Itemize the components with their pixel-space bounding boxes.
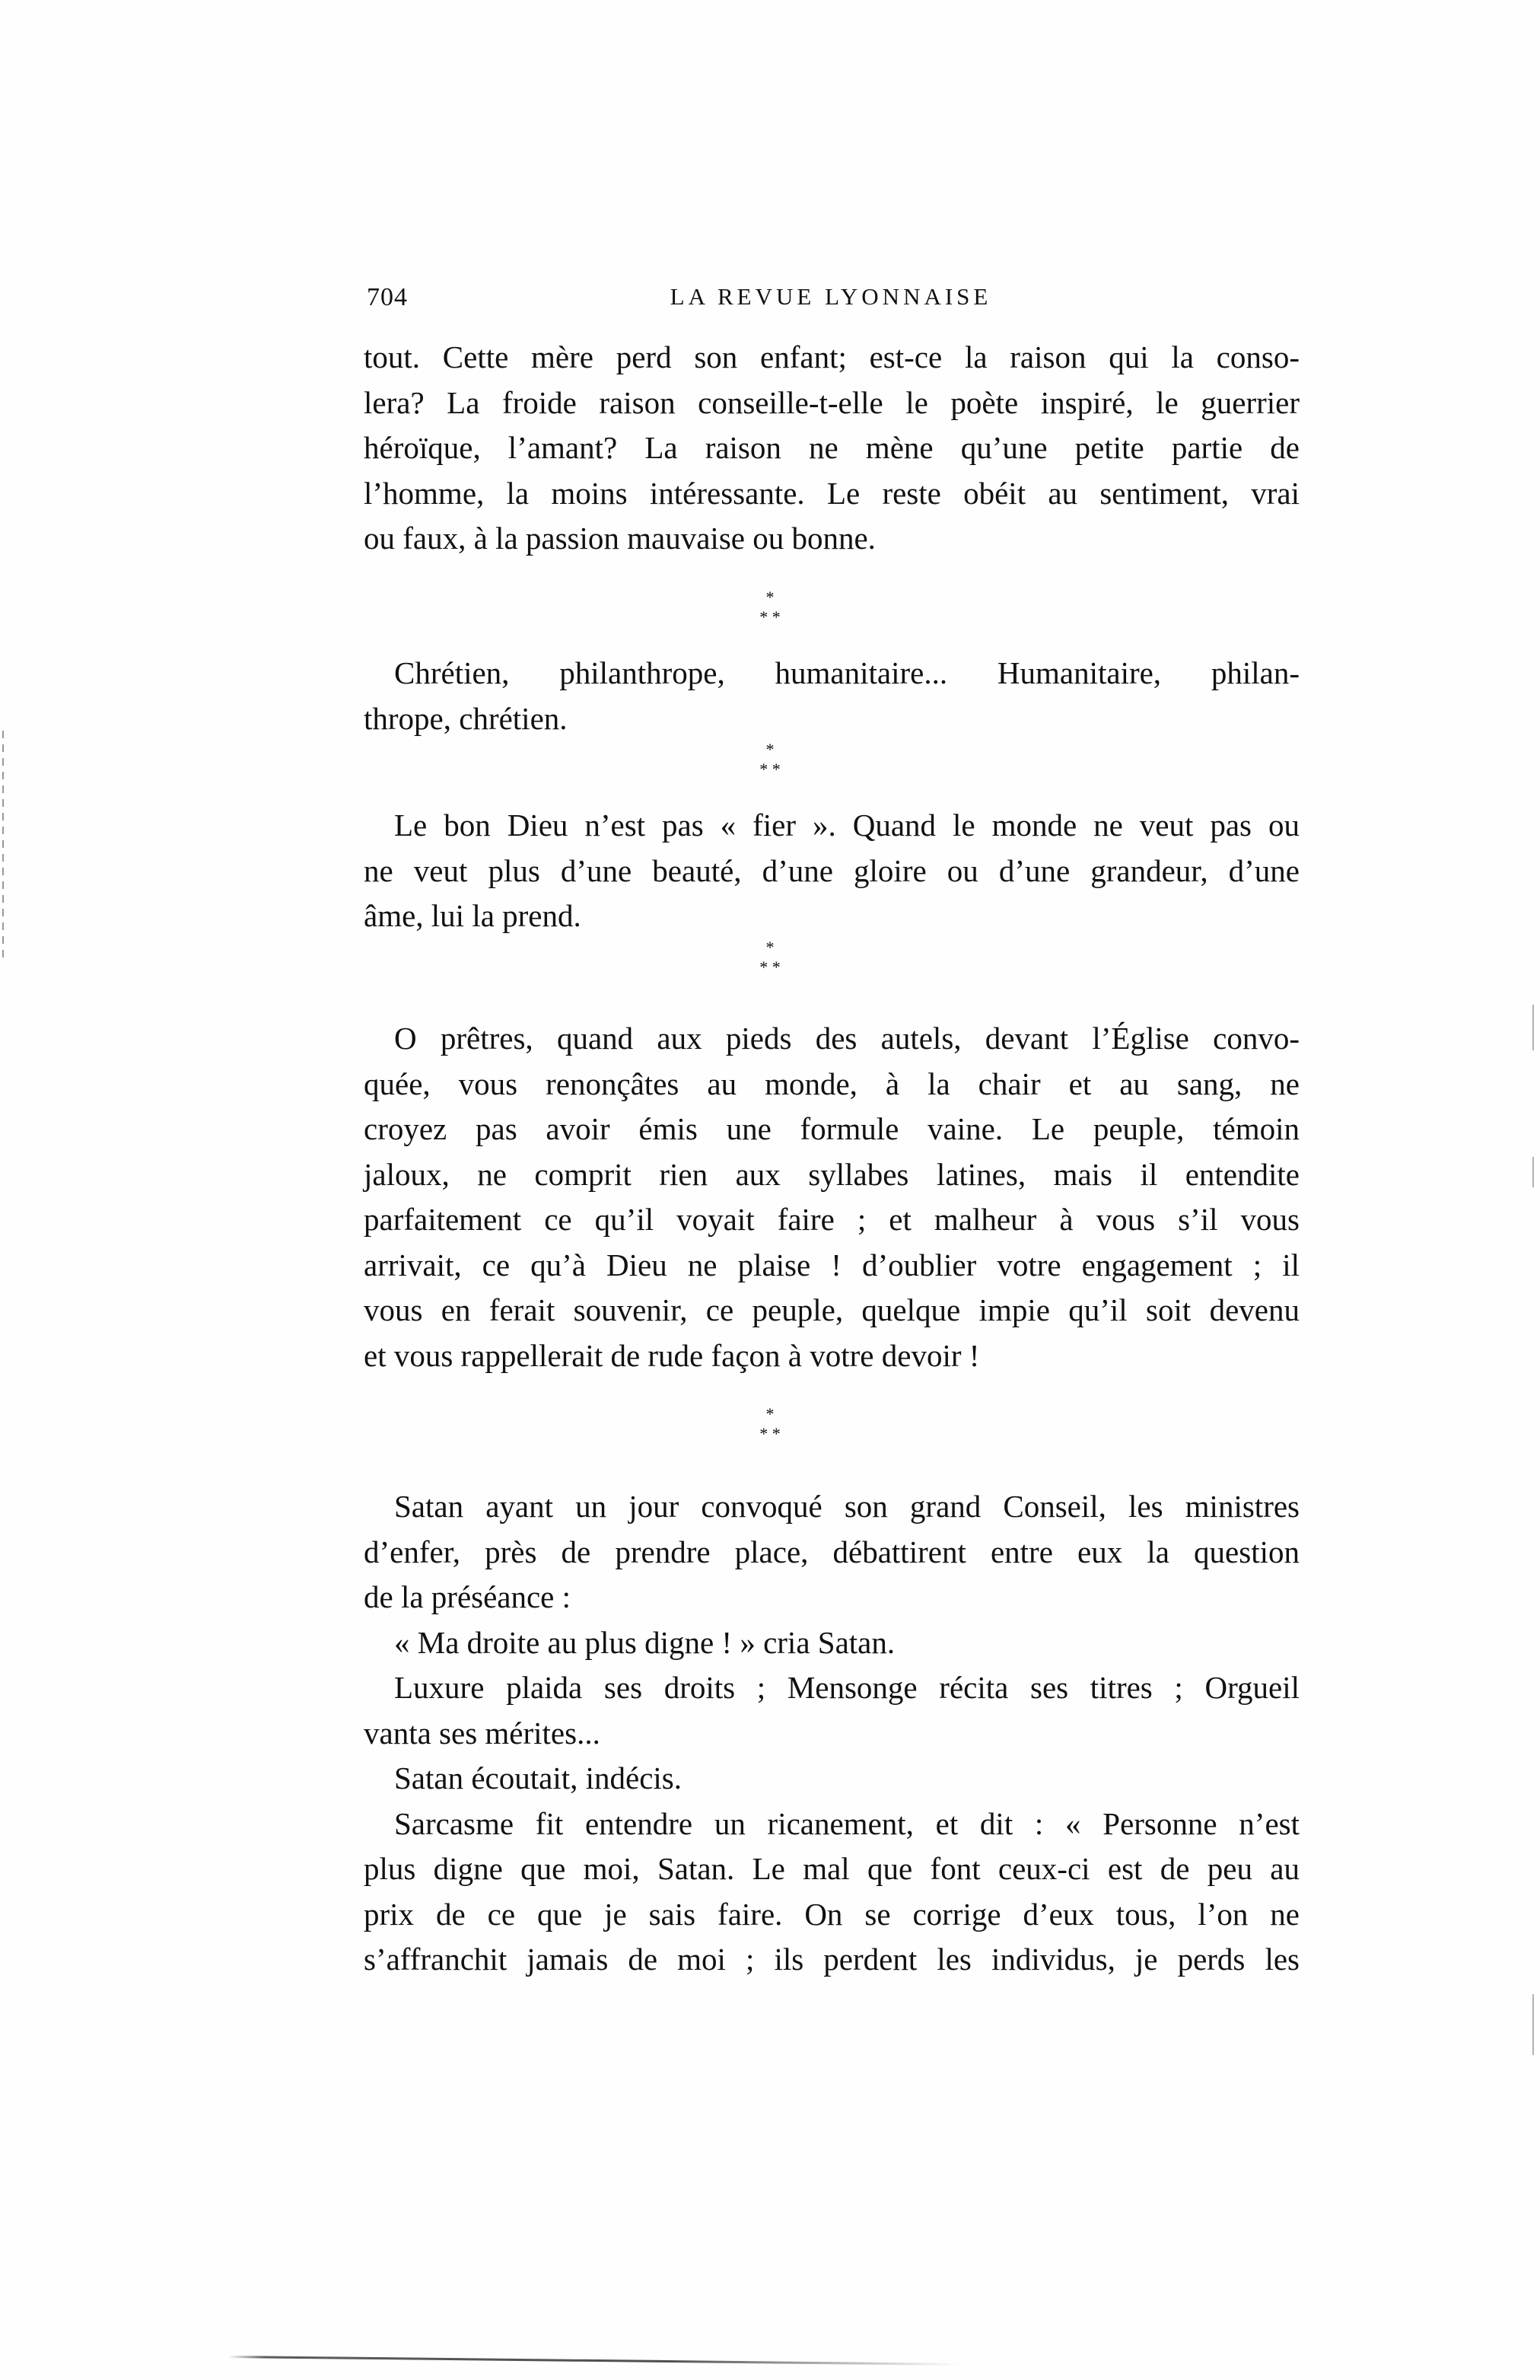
section-ornament: * * * — [0, 740, 1540, 779]
text-line: de la préséance : — [364, 1575, 1300, 1620]
text-line: thrope, chrétien. — [364, 696, 1300, 742]
text-line: âme, lui la prend. — [364, 894, 1300, 939]
paragraph: tout. Cette mère perd son enfant; est-ce… — [364, 335, 1300, 562]
text-line: Satan ayant un jour convoqué son grand C… — [364, 1484, 1300, 1530]
asterism-icon: * * — [0, 607, 1540, 627]
scan-edge-mark — [1532, 1005, 1534, 1050]
scan-edge-mark — [1532, 1157, 1534, 1187]
asterism-icon: * * — [0, 957, 1540, 977]
paragraph: Le bon Dieu n’est pas « fier ». Quand le… — [364, 803, 1300, 939]
text-line: l’homme, la moins intéressante. Le reste… — [364, 471, 1300, 517]
text-line: tout. Cette mère perd son enfant; est-ce… — [364, 335, 1300, 381]
paragraph: Chrétien, philanthrope, humanitaire... H… — [364, 651, 1300, 741]
text-line: vanta ses mérites... — [364, 1711, 1300, 1757]
section-ornament: * * * — [0, 588, 1540, 627]
page-header: 704 LA REVUE LYONNAISE — [367, 283, 1295, 320]
text-line: prix de ce que je sais faire. On se corr… — [364, 1892, 1300, 1938]
scanned-page: 704 LA REVUE LYONNAISE tout. Cette mère … — [0, 0, 1540, 2380]
text-line: O prêtres, quand aux pieds des autels, d… — [364, 1016, 1300, 1062]
text-line: quée, vous renonçâtes au monde, à la cha… — [364, 1062, 1300, 1107]
text-line: lera? La froide raison conseille-t-elle … — [364, 381, 1300, 426]
asterism-icon: * — [0, 1404, 1540, 1424]
asterism-icon: * — [0, 588, 1540, 607]
scan-edge-mark — [1532, 1994, 1534, 2055]
asterism-icon: * * — [0, 1424, 1540, 1444]
text-line: « Ma droite au plus digne ! » cria Satan… — [364, 1620, 1300, 1666]
running-title: LA REVUE LYONNAISE — [367, 283, 1295, 311]
text-line: plus digne que moi, Satan. Le mal que fo… — [364, 1846, 1300, 1892]
asterism-icon: * — [0, 938, 1540, 957]
text-line: Sarcasme fit entendre un ricanement, et … — [364, 1802, 1300, 1847]
text-line: arrivait, ce qu’à Dieu ne plaise ! d’oub… — [364, 1243, 1300, 1289]
asterism-icon: * * — [0, 760, 1540, 779]
text-line: vous en ferait souvenir, ce peuple, quel… — [364, 1288, 1300, 1333]
text-line: et vous rappellerait de rude façon à vot… — [364, 1333, 1300, 1379]
text-line: Satan écoutait, indécis. — [364, 1756, 1300, 1802]
paragraph: Satan ayant un jour convoqué son grand C… — [364, 1484, 1300, 1983]
text-line: croyez pas avoir émis une formule vaine.… — [364, 1107, 1300, 1152]
text-line: jaloux, ne comprit rien aux syllabes lat… — [364, 1152, 1300, 1198]
text-line: ou faux, à la passion mauvaise ou bonne. — [364, 516, 1300, 562]
text-line: parfaitement ce qu’il voyait faire ; et … — [364, 1197, 1300, 1243]
text-line: ne veut plus d’une beauté, d’une gloire … — [364, 849, 1300, 894]
text-line: d’enfer, près de prendre place, débattir… — [364, 1530, 1300, 1576]
section-ornament: * * * — [0, 1404, 1540, 1444]
section-ornament: * * * — [0, 938, 1540, 977]
asterism-icon: * — [0, 740, 1540, 760]
text-line: Chrétien, philanthrope, humanitaire... H… — [364, 651, 1300, 696]
paragraph: O prêtres, quand aux pieds des autels, d… — [364, 1016, 1300, 1378]
text-line: héroïque, l’amant? La raison ne mène qu’… — [364, 425, 1300, 471]
text-line: s’affranchit jamais de moi ; ils perdent… — [364, 1937, 1300, 1983]
text-line: Le bon Dieu n’est pas « fier ». Quand le… — [364, 803, 1300, 849]
scan-artifact-rule — [228, 2356, 959, 2366]
text-line: Luxure plaida ses droits ; Mensonge réci… — [364, 1665, 1300, 1711]
